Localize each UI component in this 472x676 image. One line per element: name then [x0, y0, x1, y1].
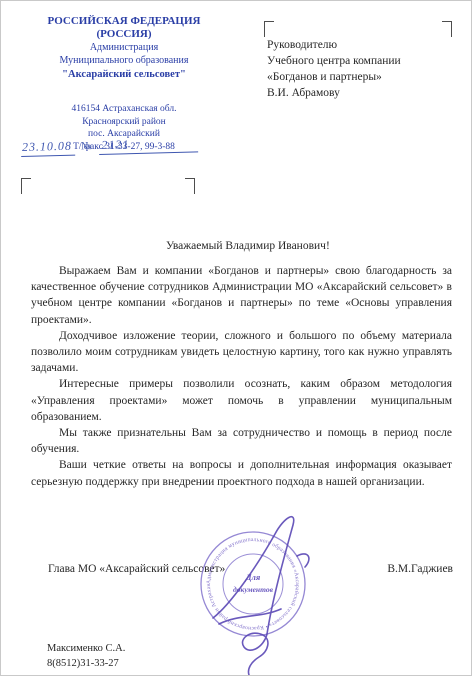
body-paragraph: Мы также признательны Вам за сотрудничес… — [31, 425, 452, 457]
footer-contact: Максименко С.А. 8(8512)31-33-27 — [47, 641, 125, 671]
reference-number: 2121 — [98, 135, 197, 155]
letter-body: Выражаем Вам и компании «Богданов и парт… — [31, 263, 452, 490]
signature-row: Глава МО «Аксарайский сельсовет» В.М.Гад… — [48, 563, 453, 575]
footer-phone: 8(8512)31-33-27 — [47, 656, 125, 671]
letterhead-org-line1: Администрация — [7, 41, 241, 54]
addressee-line: «Богданов и партнеры» — [267, 69, 452, 85]
letterhead-address-line: 416154 Астраханская обл. — [7, 103, 241, 116]
letterhead-country-line2: (РОССИЯ) — [7, 28, 241, 41]
empty-field-bracket-right — [185, 178, 195, 194]
signature-ink-icon — [213, 517, 309, 675]
signoff-title: Глава МО «Аксарайский сельсовет» — [48, 563, 225, 575]
letter-page: РОССИЙСКАЯ ФЕДЕРАЦИЯ (РОССИЯ) Администра… — [0, 0, 472, 676]
body-paragraph: Интересные примеры позволили осознать, к… — [31, 376, 452, 425]
stamp-icon: Администрация муниципального образования… — [169, 504, 349, 676]
letterhead-address-line: Красноярский район — [7, 116, 241, 129]
addressee-line: В.И. Абрамову — [267, 85, 452, 101]
body-paragraph: Ваши четкие ответы на вопросы и дополнит… — [31, 457, 452, 489]
letterhead: РОССИЙСКАЯ ФЕДЕРАЦИЯ (РОССИЯ) Администра… — [7, 15, 241, 153]
salutation: Уважаемый Владимир Иванович! — [61, 240, 472, 252]
addressee-block: Руководителю Учебного центра компании «Б… — [267, 37, 452, 101]
body-paragraph: Доходчивое изложение теории, сложного и … — [31, 328, 452, 377]
number-sign: № — [81, 140, 93, 152]
letterhead-country-line1: РОССИЙСКАЯ ФЕДЕРАЦИЯ — [7, 15, 241, 28]
body-paragraph: Выражаем Вам и компании «Богданов и парт… — [31, 263, 452, 328]
addressee-bracket-right — [442, 21, 452, 37]
letterhead-org-name: "Аксарайский сельсовет" — [7, 68, 241, 81]
stamp-and-signature: Администрация муниципального образования… — [169, 504, 349, 676]
addressee-line: Учебного центра компании — [267, 53, 452, 69]
stamp-center-line2: документов — [233, 585, 274, 594]
addressee-line: Руководителю — [267, 37, 452, 53]
footer-contact-name: Максименко С.А. — [47, 641, 125, 656]
reference-date: 23.10.08 — [21, 139, 75, 157]
addressee-bracket-left — [264, 21, 274, 37]
signoff-name: В.М.Гаджиев — [387, 563, 453, 575]
reference-line: 23.10.08 № 2121 — [21, 135, 198, 157]
letterhead-org-line2: Муниципального образования — [7, 54, 241, 67]
empty-field-bracket-left — [21, 178, 31, 194]
